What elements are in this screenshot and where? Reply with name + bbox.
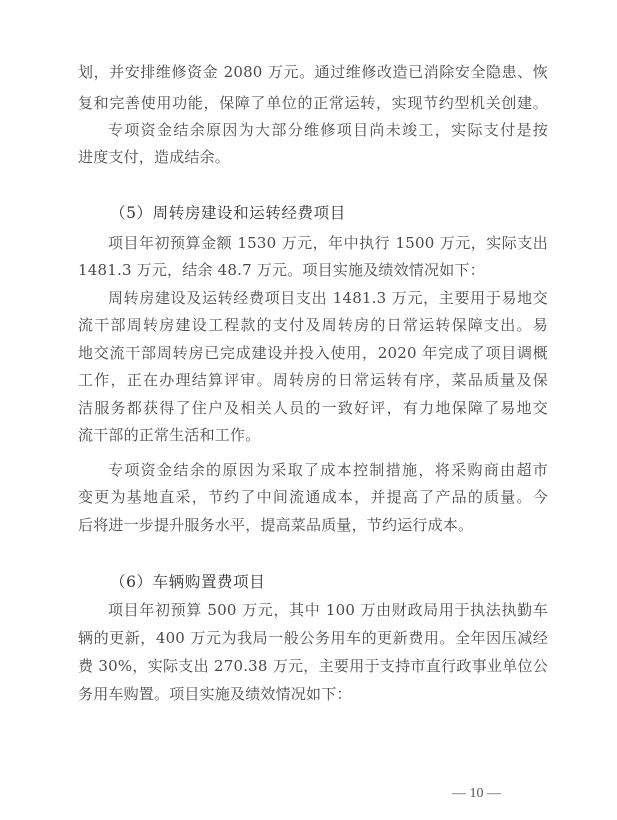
paragraph-line: 变更为基地直采，节约了中间流通成本，并提高了产品的质量。今 xyxy=(78,487,548,507)
paragraph-line: 划，并安排维修资金 2080 万元。通过维修改造已消除安全隐患、恢 xyxy=(78,62,548,82)
paragraph-line: 务用车购置。项目实施及绩效情况如下： xyxy=(78,684,548,704)
paragraph-line: 项目年初预算金额 1530 万元，年中执行 1500 万元，实际支出 xyxy=(108,233,548,253)
paragraph-line: 专项资金结余原因为大部分维修项目尚未竣工，实际支付是按 xyxy=(108,120,548,140)
paragraph-line: 流干部周转房建设工程款的支付及周转房的日常运转保障支出。易 xyxy=(78,315,548,335)
document-page: 划，并安排维修资金 2080 万元。通过维修改造已消除安全隐患、恢 复和完善使用… xyxy=(0,0,617,820)
section-5-heading: （5）周转房建设和运转经费项目 xyxy=(110,203,346,223)
paragraph-line: 周转房建设及运转经费项目支出 1481.3 万元，主要用于易地交 xyxy=(108,288,548,308)
paragraph-line: 流干部的正常生活和工作。 xyxy=(78,425,548,445)
paragraph-line: 洁服务都获得了住户及相关人员的一致好评，有力地保障了易地交 xyxy=(78,398,548,418)
paragraph-line: 项目年初预算 500 万元，其中 100 万由财政局用于执法执勤车 xyxy=(108,600,548,620)
paragraph-line: 进度支付，造成结余。 xyxy=(78,147,548,167)
paragraph-line: 复和完善使用功能，保障了单位的正常运转，实现节约型机关创建。 xyxy=(78,93,548,113)
paragraph-line: 地交流干部周转房已完成建设并投入使用，2020 年完成了项目调概 xyxy=(78,343,548,363)
paragraph-line: 辆的更新，400 万元为我局一般公务用车的更新费用。全年因压减经 xyxy=(78,628,548,648)
section-6-heading: （6）车辆购置费项目 xyxy=(110,572,265,592)
paragraph-line: 1481.3 万元，结余 48.7 万元。项目实施及绩效情况如下： xyxy=(78,260,548,280)
paragraph-line: 费 30%，实际支出 270.38 万元，主要用于支持市直行政事业单位公 xyxy=(78,656,548,676)
paragraph-line: 后将进一步提升服务水平，提高菜品质量，节约运行成本。 xyxy=(78,515,548,535)
paragraph-line: 工作，正在办理结算评审。周转房的日常运转有序，菜品质量及保 xyxy=(78,370,548,390)
page-number: — 10 — xyxy=(452,786,501,802)
paragraph-line: 专项资金结余的原因为采取了成本控制措施，将采购商由超市 xyxy=(108,460,548,480)
